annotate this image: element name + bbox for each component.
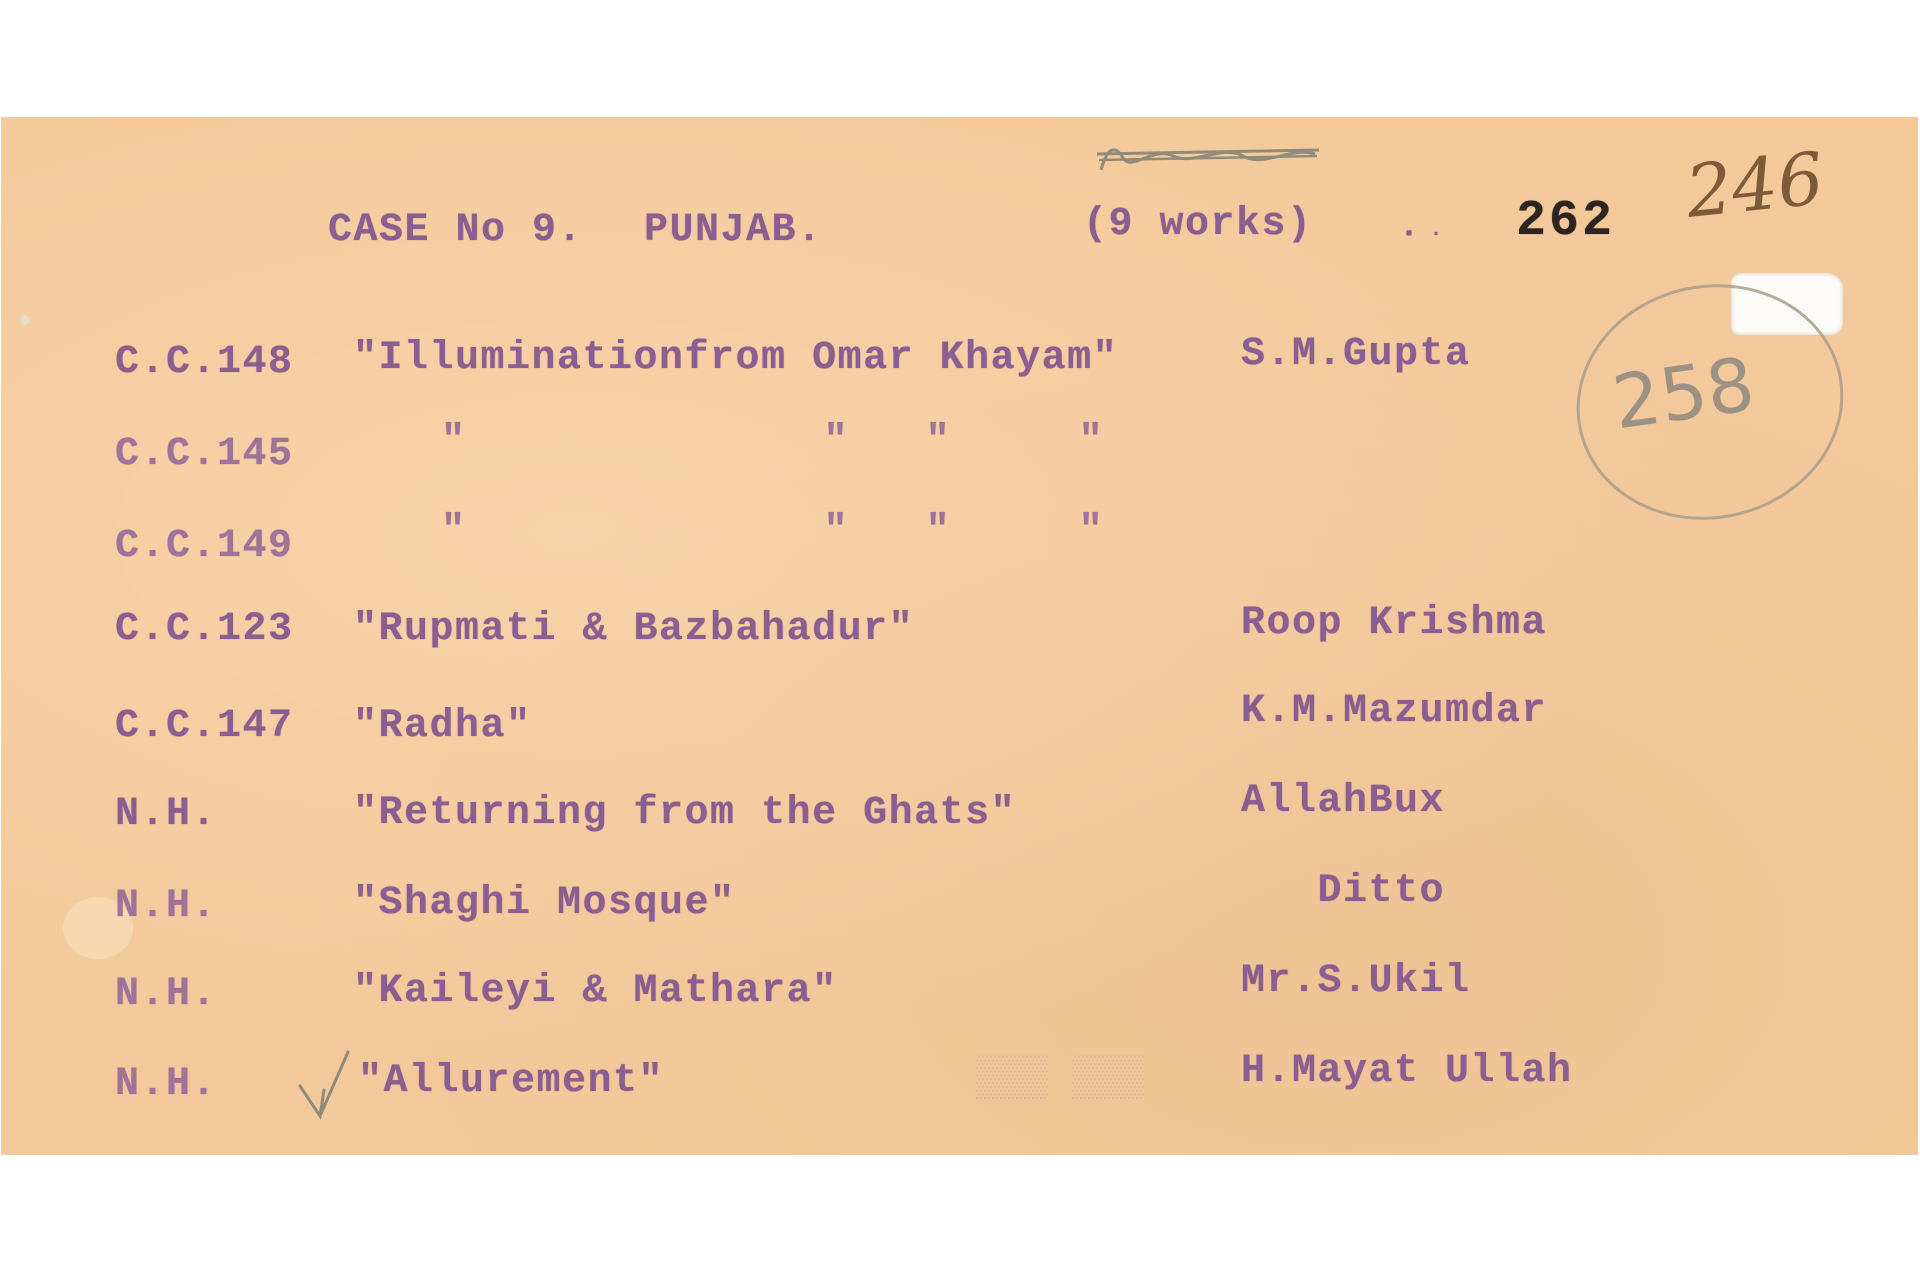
catalog-number: N.H. xyxy=(115,1065,217,1105)
region-label: PUNJAB. xyxy=(644,211,823,251)
artwork-title: "Shaghi Mosque" xyxy=(353,884,736,924)
artist-name: S.M.Gupta xyxy=(1241,335,1471,375)
artwork-title: "Kaileyi & Mathara" xyxy=(353,972,838,1012)
artist-name: Mr.S.Ukil xyxy=(1241,962,1471,1002)
circled-number: 258 xyxy=(1609,348,1759,441)
artist-name: K.M.Mazumdar xyxy=(1241,692,1547,732)
works-count: (9 works) xyxy=(1083,205,1313,245)
artwork-title: " " " " xyxy=(441,512,1104,552)
artwork-title: " " " " xyxy=(441,422,1104,462)
artwork-title: "Illuminationfrom Omar Khayam" xyxy=(353,339,1118,379)
pin-hole xyxy=(21,315,29,325)
artist-name: Ditto xyxy=(1241,872,1445,912)
typed-number: 262 xyxy=(1516,197,1615,247)
artwork-title: "Returning from the Ghats" xyxy=(353,794,1016,834)
smudge-dots: ▪ · xyxy=(1403,225,1444,245)
artwork-title: "Allurement" xyxy=(358,1062,664,1102)
catalog-number: C.C.123 xyxy=(115,610,294,650)
handwritten-number: 246 xyxy=(1683,142,1827,228)
catalog-number: C.C.149 xyxy=(115,527,294,567)
pencil-check-mark xyxy=(296,1050,356,1120)
artist-name: Roop Krishma xyxy=(1241,604,1547,644)
catalog-number: C.C.147 xyxy=(115,707,294,747)
struck-out-pencil-note xyxy=(1093,138,1323,174)
artist-name: H.Mayat Ullah xyxy=(1241,1052,1573,1092)
catalog-number: N.H. xyxy=(115,795,217,835)
catalog-number: N.H. xyxy=(115,887,217,927)
faded-offset-text: ▒▒▒ ▒▒▒ xyxy=(976,1057,1144,1102)
catalog-number: N.H. xyxy=(115,975,217,1015)
artwork-title: "Radha" xyxy=(353,707,532,747)
artwork-title: "Rupmati & Bazbahadur" xyxy=(353,610,914,650)
catalog-number: C.C.148 xyxy=(115,343,294,383)
index-card: CASE No 9. PUNJAB. (9 works) 10 works ▪ … xyxy=(1,117,1918,1155)
artist-name: AllahBux xyxy=(1241,782,1445,822)
catalog-number: C.C.145 xyxy=(115,435,294,475)
case-label: CASE No 9. xyxy=(328,211,583,251)
